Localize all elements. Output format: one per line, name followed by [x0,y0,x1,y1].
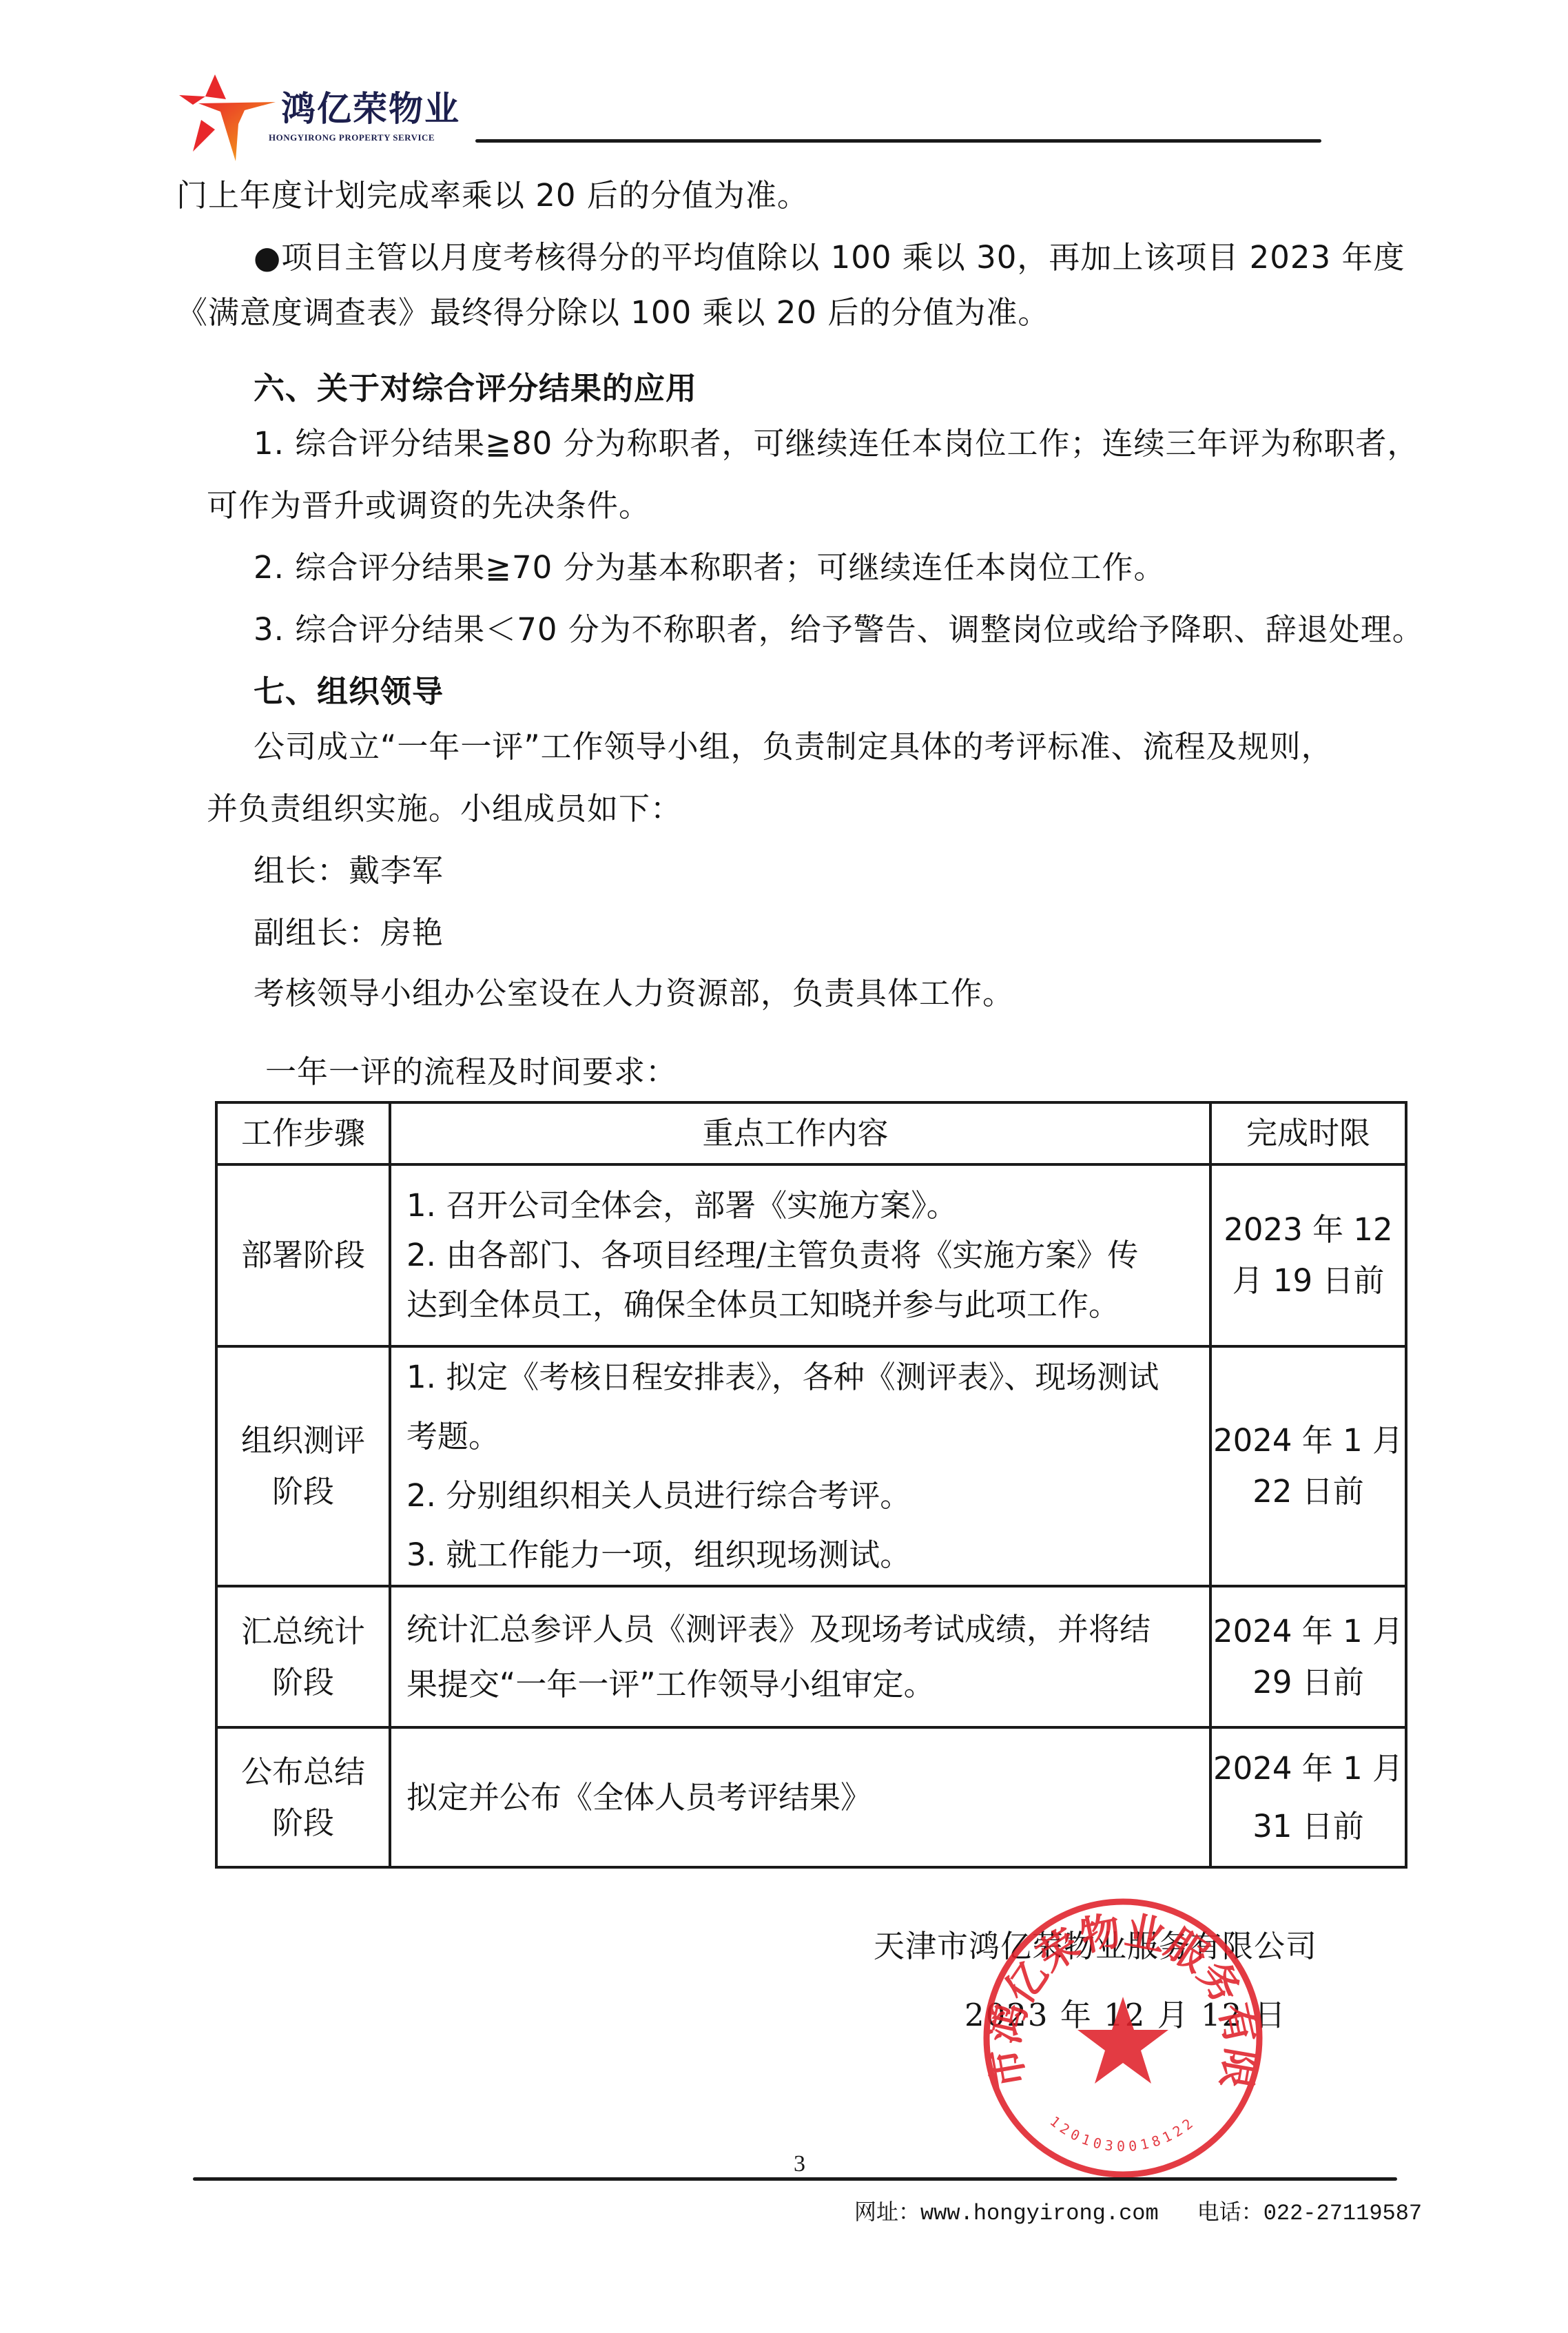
section-6-title: 六、关于对综合评分结果的应用 [254,369,697,408]
svg-text:1201030018122: 1201030018122 [1047,2113,1199,2155]
website-label: 网址： [854,2201,920,2226]
deadline-cell: 2024 年 1 月 29 日前 [1210,1586,1406,1727]
leader-line: 组长：戴李军 [254,852,444,890]
header-step: 工作步骤 [216,1102,390,1164]
content-cell: 统计汇总参评人员《测评表》及现场考试成绩，并将结 果提交“一年一评”工作领导小组… [390,1586,1210,1727]
content-cell: 1. 拟定《考核日程安排表》，各种《测评表》、现场测试 考题。 2. 分别组织相… [390,1346,1210,1586]
header-content: 重点工作内容 [390,1102,1210,1164]
step-cell: 公布总结 阶段 [216,1727,390,1867]
s6-item-1-line-1: 1. 综合评分结果≧80 分为称职者，可继续连任本岗位工作；连续三年评为称职者， [254,424,1419,463]
content-cell: 1. 召开公司全体会，部署《实施方案》。 2. 由各部门、各项目经理/主管负责将… [390,1164,1210,1346]
company-logo: 鸿亿荣物业 HONGYIRONG PROPERTY SERVICE [172,69,475,165]
deadline-cell: 2023 年 12 月 19 日前 [1210,1164,1406,1346]
step-cell: 汇总统计 阶段 [216,1586,390,1727]
deputy-leader-line: 副组长：房艳 [254,914,444,952]
s7-para-line-2: 并负责组织实施。小组成员如下： [207,790,682,828]
logo-chinese-name: 鸿亿荣物业 [281,88,460,130]
logo-english-name: HONGYIRONG PROPERTY SERVICE [269,132,435,143]
table-row: 组织测评 阶段 1. 拟定《考核日程安排表》，各种《测评表》、现场测试 考题。 … [216,1346,1406,1586]
header-divider [475,139,1321,143]
table-row: 公布总结 阶段 拟定并公布《全体人员考评结果》 2024 年 1 月 31 日前 [216,1727,1406,1867]
page-number: 3 [794,2151,805,2177]
footer-divider [193,2177,1397,2181]
s6-item-1-line-2: 可作为晋升或调资的先决条件。 [207,486,650,525]
deadline-cell: 2024 年 1 月 22 日前 [1210,1346,1406,1586]
s6-item-2: 2. 综合评分结果≧70 分为基本称职者；可继续连任本岗位工作。 [254,548,1166,587]
content-cell: 拟定并公布《全体人员考评结果》 [390,1727,1210,1867]
step-cell: 组织测评 阶段 [216,1346,390,1586]
table-caption: 一年一评的流程及时间要求： [265,1053,677,1091]
paragraph-continued: 门上年度计划完成率乘以 20 后的分值为准。 [176,176,809,215]
phone-label: 电话： [1197,2201,1263,2226]
header-deadline: 完成时限 [1210,1102,1406,1164]
star-logo-icon [172,69,276,165]
deadline-cell: 2024 年 1 月 31 日前 [1210,1727,1406,1867]
section-7-title: 七、组织领导 [254,672,444,711]
website-link[interactable]: www.hongyirong.com [920,2201,1159,2226]
step-cell: 部署阶段 [216,1164,390,1346]
process-timeline-table: 工作步骤 重点工作内容 完成时限 部署阶段 1. 召开公司全体会，部署《实施方案… [215,1101,1407,1869]
footer-contact: 网址：www.hongyirong.com电话：022-27119587 [854,2195,1422,2226]
bullet-line-2: 《满意度调查表》最终得分除以 100 乘以 20 后的分值为准。 [176,294,1049,332]
s6-item-3: 3. 综合评分结果＜70 分为不称职者，给予警告、调整岗位或给予降职、辞退处理。 [254,610,1424,649]
table-row: 汇总统计 阶段 统计汇总参评人员《测评表》及现场考试成绩，并将结 果提交“一年一… [216,1586,1406,1727]
table-header-row: 工作步骤 重点工作内容 完成时限 [216,1102,1406,1164]
phone-number: 022-27119587 [1263,2201,1422,2226]
office-line: 考核领导小组办公室设在人力资源部，负责具体工作。 [254,974,1014,1013]
s7-para-line-1: 公司成立“一年一评”工作领导小组，负责制定具体的考评标准、流程及规则， [254,728,1333,766]
bullet-line-1: ●项目主管以月度考核得分的平均值除以 100 乘以 30，再加上该项目 2023… [254,238,1405,277]
company-seal-icon: 天津市鸿亿荣物业服务有限公司 1201030018122 [978,1893,1268,2183]
table-row: 部署阶段 1. 召开公司全体会，部署《实施方案》。 2. 由各部门、各项目经理/… [216,1164,1406,1346]
